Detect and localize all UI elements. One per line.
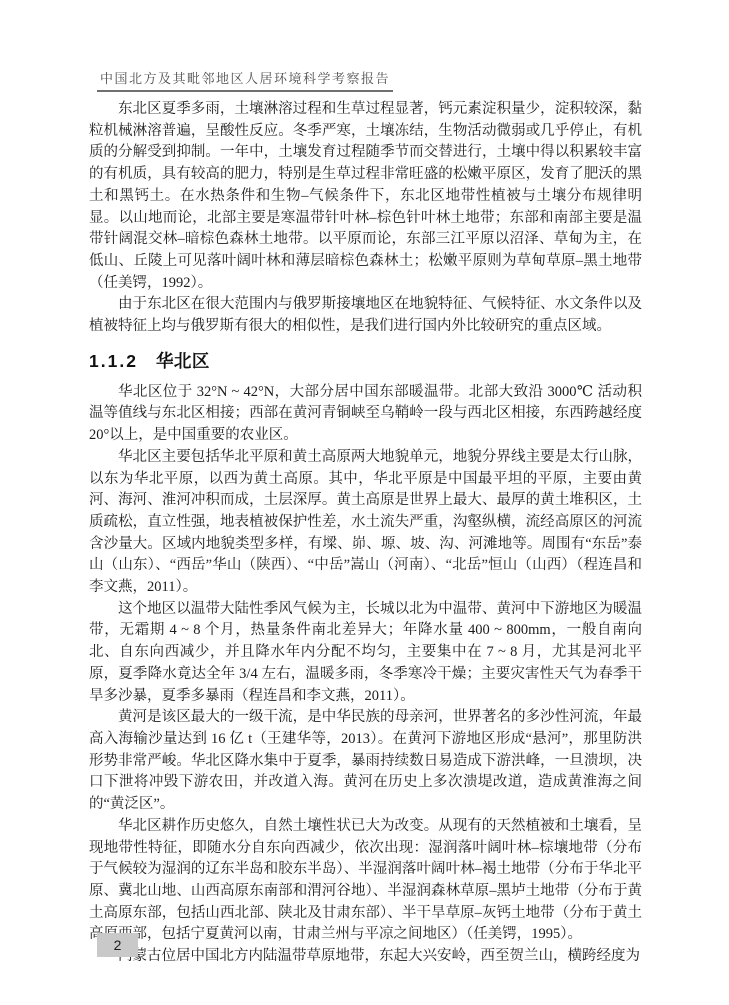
body-paragraph: 由于东北区在很大范围内与俄罗斯接壤地区在地貌特征、气候特征、水文条件以及植被特征… <box>89 294 642 337</box>
page-number-badge: 2 <box>97 933 138 957</box>
body-paragraph: 华北区位于 32°N ~ 42°N，大部分居中国东部暖温带。北部大致沿 3000… <box>89 382 642 447</box>
section-heading-number: 1.1.2 <box>89 351 138 371</box>
body-paragraph: 东北区夏季多雨，土壤淋溶过程和生草过程显著，钙元素淀积量少，淀积较深，黏粒机械淋… <box>89 99 642 294</box>
book-page: 中国北方及其毗邻地区人居环境科学考察报告 东北区夏季多雨，土壤淋溶过程和生草过程… <box>0 0 729 1005</box>
body-paragraph: 华北区主要包括华北平原和黄土高原两大地貌单元，地貌分界线主要是太行山脉，以东为华… <box>89 447 642 599</box>
section-heading-title: 华北区 <box>156 351 210 371</box>
body-paragraph: 黄河是该区最大的一级干流，是中华民族的母亲河，世界著名的多沙性河流，年最高入海输… <box>89 707 642 816</box>
section-heading: 1.1.2华北区 <box>89 349 642 373</box>
page-body: 东北区夏季多雨，土壤淋溶过程和生草过程显著，钙元素淀积量少，淀积较深，黏粒机械淋… <box>89 99 642 968</box>
running-header: 中国北方及其毗邻地区人居环境科学考察报告 <box>97 68 393 92</box>
body-paragraph: 这个地区以温带大陆性季风气候为主，长城以北为中温带、黄河中下游地区为暖温带，无霜… <box>89 599 642 708</box>
body-paragraph: 华北区耕作历史悠久，自然土壤性状已大为改变。从现有的天然植被和土壤看，呈现地带性… <box>89 816 642 946</box>
body-paragraph: 内蒙古位居中国北方内陆温带草原地带，东起大兴安岭，西至贺兰山，横跨经度为 <box>89 946 642 968</box>
